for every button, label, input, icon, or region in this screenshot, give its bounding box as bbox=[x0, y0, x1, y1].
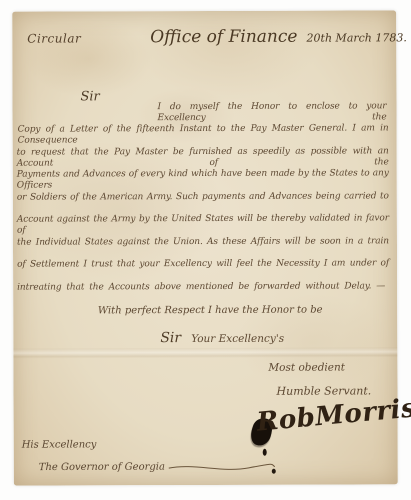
body-line: of Settlement I trust that your Excellen… bbox=[17, 258, 389, 270]
body-line: the Individual States against the Union.… bbox=[17, 236, 389, 248]
body-line: Account against the Army by the United S… bbox=[17, 213, 389, 236]
body-line: or Soldiers of the American Army. Such p… bbox=[17, 191, 389, 203]
closing-servant-line: Humble Servant. bbox=[276, 384, 371, 397]
addressee-governor-text: The Governor of Georgia bbox=[39, 462, 165, 473]
addressee-line-1: His Excellency bbox=[22, 439, 97, 450]
body-line: intreating that the Accounts above menti… bbox=[17, 281, 385, 293]
closing-respect-line: With perfect Respect I have the Honor to… bbox=[83, 305, 337, 317]
closing-obedient-line: Most obedient bbox=[268, 362, 345, 374]
office-of-finance-text: Office of Finance bbox=[150, 27, 297, 48]
body-line: Payments and Advances of every kind whic… bbox=[17, 168, 389, 191]
closing-excellencys: Your Excellency's bbox=[191, 333, 284, 345]
circular-annotation: Circular bbox=[27, 31, 81, 45]
body-line: Copy of a Letter of the fifteenth Instan… bbox=[18, 123, 389, 146]
addressee-line-2: The Governor of Georgia bbox=[39, 461, 277, 474]
letter-paper: Circular Office of Finance 20th March 17… bbox=[12, 10, 398, 485]
letter-date: 20th March 1783. bbox=[307, 31, 407, 44]
ink-drip-icon bbox=[263, 449, 267, 456]
fold-crease bbox=[13, 347, 397, 358]
letter-heading: Office of Finance 20th March 1783. bbox=[150, 26, 407, 47]
signature-rob-morris: RobMorris bbox=[256, 393, 411, 437]
closing-sir-word: Sir bbox=[160, 330, 181, 346]
letter-photo: Circular Office of Finance 20th March 17… bbox=[0, 0, 411, 500]
body-line: to request that the Pay Master be furnis… bbox=[17, 146, 389, 169]
salutation: Sir bbox=[80, 89, 99, 104]
pen-flourish-icon bbox=[167, 461, 277, 473]
closing-sir-line: Sir Your Excellency's bbox=[160, 327, 284, 346]
body-line: I do myself the Honor to enclose to your… bbox=[157, 101, 386, 124]
